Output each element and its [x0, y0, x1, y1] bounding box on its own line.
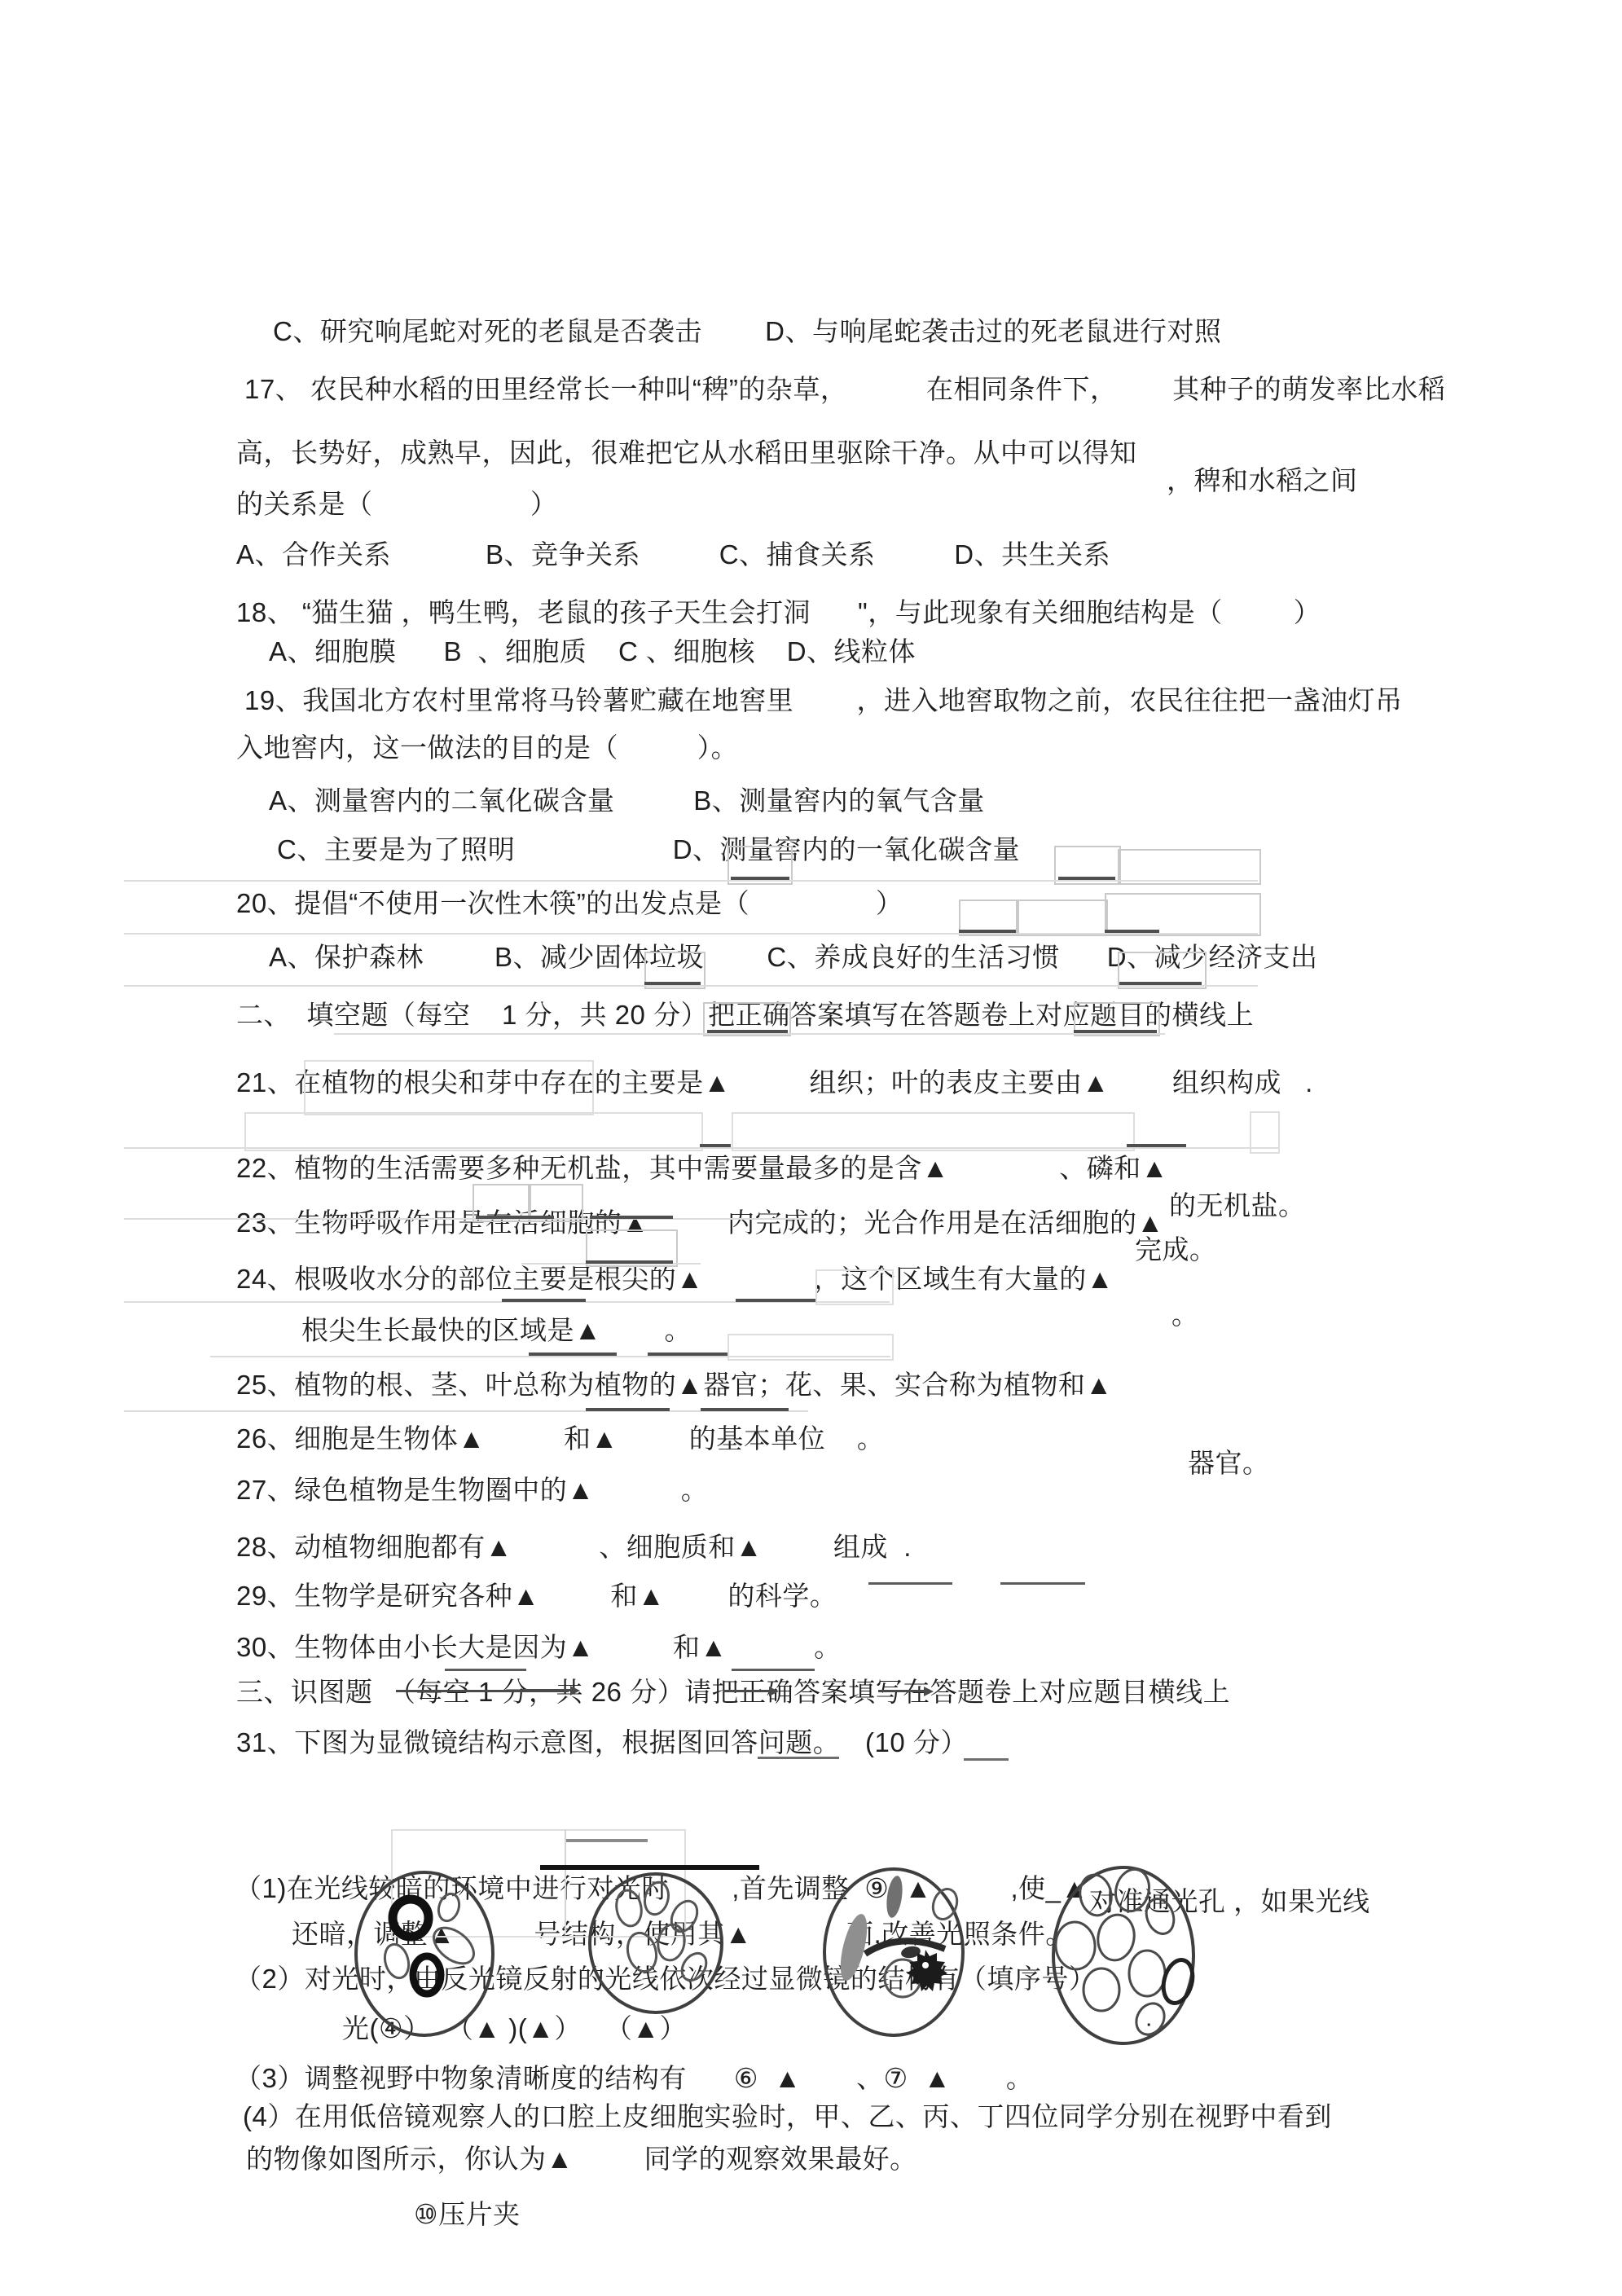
q22-stem: 22、植物的生活需要多种无机盐，其中需要量最多的是含▲ 、磷和▲ [236, 1150, 1168, 1186]
q24-line2: 根尖生长最快的区域是▲ 。 [301, 1313, 692, 1348]
q24-right-frag: 。 [1171, 1297, 1199, 1333]
q26-right-frag: 器官。 [1188, 1445, 1270, 1481]
stage-gray-line [566, 1839, 648, 1842]
q19-line2: 入地窖内，这一做法的目的是（ ）。 [236, 730, 738, 766]
blank-underline [1105, 930, 1159, 933]
q22-right-frag: 的无机盐。 [1169, 1188, 1306, 1224]
field-view-bing [824, 1869, 963, 2035]
microscope-views-figure [326, 1854, 1238, 2057]
q19-options-cd: C、主要是为了照明 D、测量窖内的一氧化碳含量 [277, 832, 1020, 868]
q17-right-frag: ，稗和水稻之间 [1167, 463, 1358, 499]
blank-underline [502, 1299, 586, 1302]
q19-line1: 19、我国北方农村里常将马铃薯贮藏在地窖里 ，进入地窖取物之前，农民往往把一盏油… [244, 683, 1403, 719]
blank-underline [586, 1408, 670, 1411]
q31-sub3: （3）调整视野中物象清晰度的结构有 ⑥ ▲ 、⑦ ▲ 。 [235, 2061, 1033, 2096]
strike-mark [878, 1690, 924, 1692]
blank-underline [707, 1030, 788, 1033]
q18-options: A、细胞膜 B 、细胞质 C 、细胞核 D、线粒体 [269, 634, 916, 670]
blank-underline [1058, 877, 1115, 880]
q17-line2: 高，长势好，成熟早，因此，很难把它从水稻田里驱除干净。从中可以得知 [236, 435, 1137, 471]
q25-stem: 25、植物的根、茎、叶总称为植物的▲器官；花、果、实合称为植物和▲ [236, 1367, 1113, 1403]
arrow-right-icon [924, 1687, 934, 1696]
q17-line3: 的关系是（ ） [236, 486, 557, 522]
q30-stem: 30、生物体由小长大是因为▲ 和▲ 。 [236, 1630, 842, 1665]
q20-stem: 20、提倡“不使用一次性木筷”的出发点是（ ） [236, 886, 903, 921]
blank-underline [701, 1408, 789, 1411]
q31-points: (10 分） [865, 1725, 968, 1761]
rule-line [124, 1147, 1279, 1149]
blank-underline [644, 982, 701, 985]
blank-underline [959, 930, 1016, 933]
blank-underline [1119, 982, 1202, 985]
blank-underline [1127, 1144, 1186, 1147]
rule-line [124, 933, 1258, 935]
q27-stem: 27、绿色植物是生物圈中的▲ 。 [236, 1472, 708, 1508]
dark-cell [413, 1956, 441, 1994]
q31-sub4-line1: (4）在用低倍镜观察人的口腔上皮细胞实验时，甲、乙、丙、丁四位同学分别在视野中看… [243, 2099, 1332, 2135]
rule-line [210, 1356, 890, 1357]
blank-underline [445, 1669, 526, 1671]
blank-underline [758, 1757, 839, 1759]
arrow-right-icon [769, 1687, 779, 1696]
q18-stem: 18、 “猫生猫 ，鸭生鸭，老鼠的孩子天生会打洞 "，与此现象有关细胞结构是（ … [236, 595, 1321, 631]
blank-underline [731, 877, 789, 880]
section3-heading: 三、识图题 （每空 1 分，共 26 分）请把正确答案填写在答题卷上对应题目横线… [236, 1674, 1230, 1710]
q17-line1: 17、 农民种水稻的田里经常长一种叫“稗”的杂草， 在相同条件下， 其种子的萌发… [244, 372, 1445, 407]
q28-stem: 28、动植物细胞都有▲ 、细胞质和▲ 组成 . [236, 1529, 912, 1565]
exam-paper-page: C、研究响尾蛇对死的老鼠是否袭击 D、与响尾蛇袭击过的死老鼠进行对照 17、 农… [0, 0, 1622, 2296]
q31-label-slide-clip: ⑩压片夹 [414, 2197, 521, 2232]
artifact-box [244, 1112, 703, 1151]
q17-options: A、合作关系 B、竞争关系 C、捕食关系 D、共生关系 [236, 537, 1110, 573]
q19-options-ab: A、测量窖内的二氧化碳含量 B、测量窖内的氧气含量 [269, 783, 985, 819]
blank-underline [868, 1582, 952, 1585]
rule-line [124, 985, 1258, 987]
artifact-box [815, 1269, 894, 1305]
blank-underline [964, 1758, 1009, 1761]
artifact-box [1016, 899, 1108, 936]
blank-underline [586, 1260, 673, 1264]
blank-underline [700, 1144, 731, 1147]
artifact-box [304, 1060, 594, 1115]
blank-underline [736, 1299, 815, 1302]
q26-stem: 26、细胞是生物体▲ 和▲ 的基本单位 。 [236, 1421, 884, 1457]
strike-mark [521, 1689, 570, 1691]
q23-right-frag: 完成。 [1135, 1232, 1217, 1268]
q31-stem: 31、下图为显微镜结构示意图，根据图回答问题。 [236, 1725, 840, 1761]
blank-underline [476, 1216, 554, 1219]
strike-mark [723, 1690, 769, 1692]
blank-underline [1074, 1030, 1157, 1033]
arrow-right-icon [570, 1686, 580, 1696]
artifact-box [732, 1112, 1135, 1151]
blank-underline [1000, 1582, 1085, 1585]
rule-line [334, 1033, 1165, 1035]
rule-line [124, 880, 1258, 882]
rule-line [124, 1218, 816, 1220]
q16-options-cd: C、研究响尾蛇对死的老鼠是否袭击 D、与响尾蛇袭击过的死老鼠进行对照 [273, 314, 1222, 350]
q23-stem: 23、生物呼吸作用是在活细胞的▲ 内完成的；光合作用是在活细胞的▲ [236, 1205, 1164, 1241]
dark-cell [393, 1899, 429, 1937]
field-view-yi [590, 1874, 722, 2012]
field-view-jia [356, 1872, 493, 2035]
blank-underline [648, 1353, 727, 1356]
blank-underline [529, 1353, 617, 1356]
field-view-ding [1053, 1866, 1197, 2043]
blank-underline [590, 1216, 673, 1219]
q31-sub4-line2: 的物像如图所示，你认为▲ 同学的观察效果最好。 [246, 2141, 917, 2177]
q29-stem: 29、生物学是研究各种▲ 和▲ 的科学。 [236, 1578, 837, 1614]
blank-underline [732, 1669, 815, 1671]
gray-bubble [835, 1911, 873, 1983]
